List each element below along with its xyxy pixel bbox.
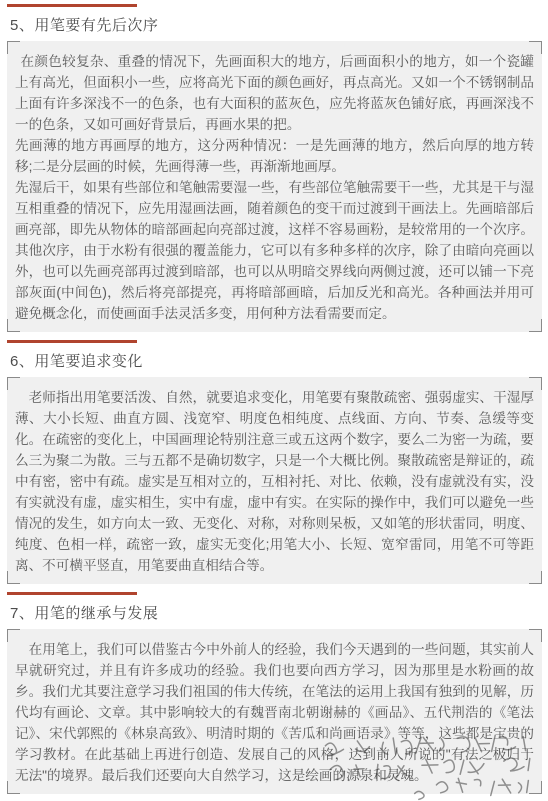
corner-bracket-icon [529, 41, 542, 54]
section-divider [7, 4, 137, 7]
quote-box: 在用笔上，我们可以借鉴古今中外前人的经验，我们今天遇到的一些问题，其实前人早就研… [7, 629, 542, 794]
article-page: 5、用笔要有先后次序 在颜色较复杂、重叠的情况下，先画面积大的地方，后画面积小的… [0, 0, 548, 801]
corner-bracket-icon [529, 781, 542, 794]
section-5: 5、用笔要有先后次序 在颜色较复杂、重叠的情况下，先画面积大的地方，后画面积小的… [0, 4, 548, 332]
corner-bracket-icon [7, 319, 20, 332]
section-7: 7、用笔的继承与发展 在用笔上，我们可以借鉴古今中外前人的经验，我们今天遇到的一… [0, 592, 548, 794]
section-heading: 5、用笔要有先后次序 [10, 16, 548, 35]
quote-box: 在颜色较复杂、重叠的情况下，先画面积大的地方，后画面积小的地方，如一个瓷罐上有高… [7, 41, 542, 332]
paragraph: 在用笔上，我们可以借鉴古今中外前人的经验，我们今天遇到的一些问题，其实前人早就研… [15, 639, 534, 786]
corner-bracket-icon [529, 377, 542, 390]
section-heading: 6、用笔要追求变化 [10, 352, 548, 371]
section-divider [7, 592, 137, 595]
corner-bracket-icon [7, 41, 20, 54]
corner-bracket-icon [7, 781, 20, 794]
corner-bracket-icon [529, 629, 542, 642]
corner-bracket-icon [529, 571, 542, 584]
paragraph: 在颜色较复杂、重叠的情况下，先画面积大的地方，后画面积小的地方，如一个瓷罐上有高… [15, 51, 534, 135]
corner-bracket-icon [7, 571, 20, 584]
section-divider [7, 340, 137, 343]
section-heading: 7、用笔的继承与发展 [10, 604, 548, 623]
corner-bracket-icon [529, 319, 542, 332]
paragraph: 先画薄的地方再画厚的地方，这分两种情况：一是先画薄的地方，然后向厚的地方转移;二… [15, 135, 534, 177]
quote-box: 老师指出用笔要活泼、自然，就要追求变化，用笔要有聚散疏密、强弱虚实、干湿厚薄、大… [7, 377, 542, 584]
paragraph: 老师指出用笔要活泼、自然，就要追求变化，用笔要有聚散疏密、强弱虚实、干湿厚薄、大… [15, 387, 534, 576]
paragraph: 先湿后干，如果有些部位和笔触需要湿一些，有些部位笔触需要干一些，尤其是干与湿互相… [15, 177, 534, 324]
corner-bracket-icon [7, 629, 20, 642]
section-6: 6、用笔要追求变化 老师指出用笔要活泼、自然，就要追求变化，用笔要有聚散疏密、强… [0, 340, 548, 584]
corner-bracket-icon [7, 377, 20, 390]
